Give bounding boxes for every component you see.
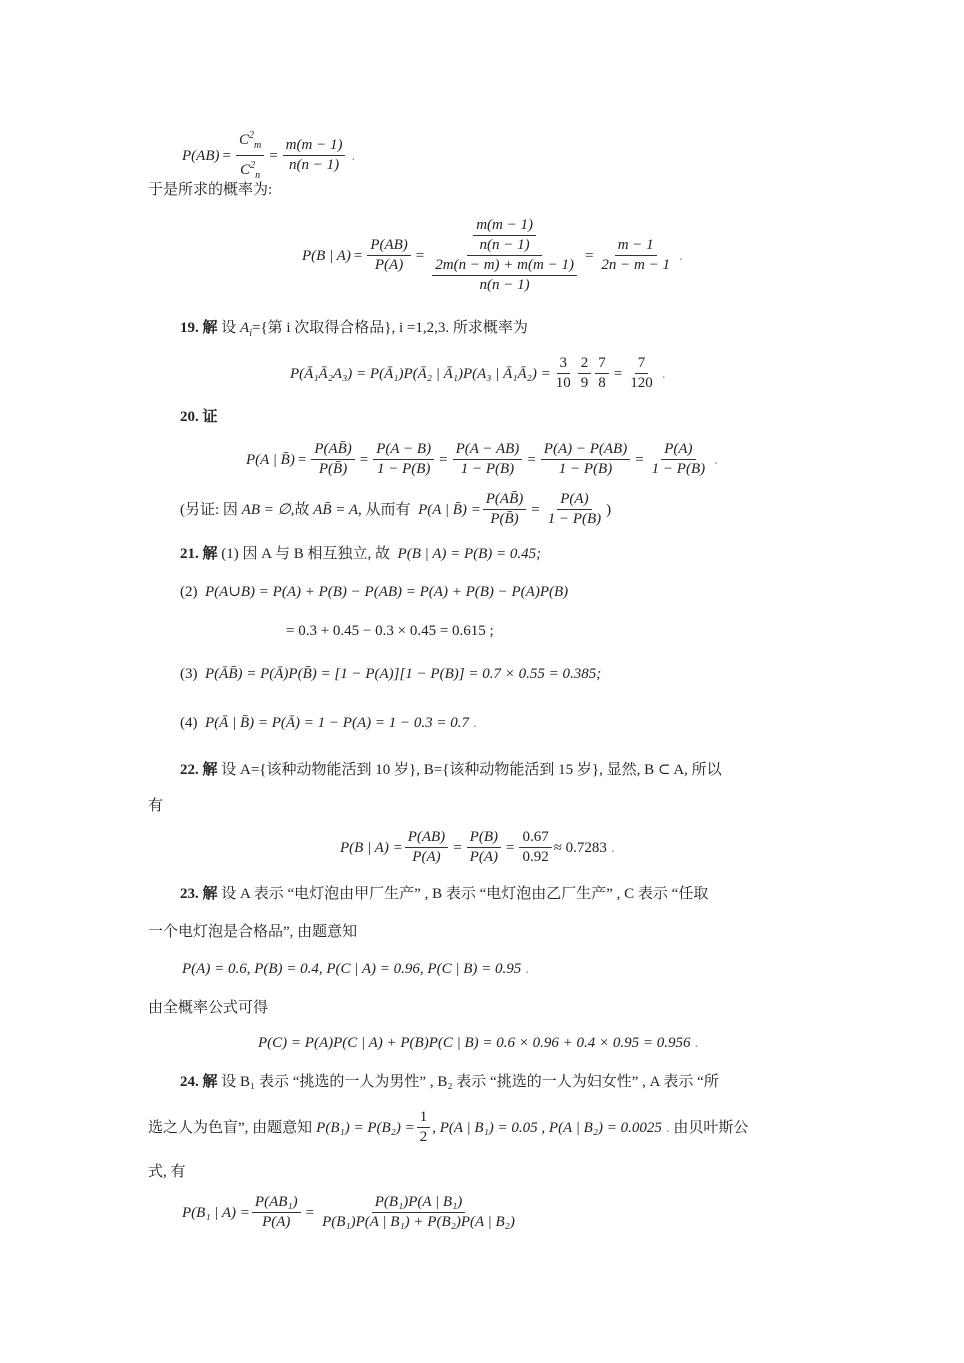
formula-pba: P(B | A) = P(AB) P(A) = m(m − 1)n(n − 1)… bbox=[302, 216, 683, 295]
fraction: P(AB̄)P(B̄) bbox=[311, 440, 354, 479]
denominator: P(B̄) bbox=[316, 460, 350, 479]
denominator: 0.92 bbox=[519, 848, 551, 867]
math: P(C) = P(A)P(C | A) + P(B)P(C | B) = 0.6… bbox=[258, 1035, 691, 1051]
solution-keyword: 解 bbox=[203, 886, 218, 902]
result: ≈ 0.7283 bbox=[554, 838, 607, 858]
math: P(Ā | B̄) = P(Ā) = 1 − P(A) = 1 − 0.3 = … bbox=[205, 715, 469, 731]
problem-21-part4: (4) P(Ā | B̄) = P(Ā) = 1 − P(A) = 1 − 0.… bbox=[180, 713, 477, 733]
numerator: 1 bbox=[417, 1108, 431, 1128]
denominator: 1 − P(B) bbox=[545, 510, 604, 529]
math: = 0.3 + 0.45 − 0.3 × 0.45 = 0.615 ; bbox=[286, 623, 494, 639]
numerator: P(B₁)P(A | B₁) bbox=[372, 1193, 466, 1213]
denominator: P(A) bbox=[259, 1213, 293, 1232]
fraction: 7120 bbox=[627, 354, 656, 393]
numerator: P(A − B) bbox=[373, 440, 434, 460]
lhs: P(A | B̄) = bbox=[418, 500, 481, 520]
numerator: P(AB̄) bbox=[311, 440, 354, 460]
problem-19-header: 19. 解 设 Ai={第 i 次取得合格品}, i =1,2,3. 所求概率为 bbox=[180, 318, 528, 344]
solution-keyword: 解 bbox=[203, 1074, 218, 1090]
denominator: 1 − P(B) bbox=[374, 460, 433, 479]
denominator: 1 − P(B) bbox=[649, 460, 708, 479]
problem-24-header: 24. 解 设 B₁ 表示 “挑选的一人为男性” , B₂ 表示 “挑选的一人为… bbox=[180, 1072, 719, 1092]
lhs: P(Ā₁Ā₂A₃) = P(Ā₁)P(Ā₂ | Ā₁)P(A₃ | Ā₁Ā₂) … bbox=[290, 364, 551, 384]
bayes-formula: P(B₁ | A) = P(AB₁)P(A)= P(B₁)P(A | B₁)P(… bbox=[182, 1193, 520, 1232]
problem-number: 23. bbox=[180, 886, 199, 902]
denominator: P(A) bbox=[467, 848, 501, 867]
fraction: P(A)1 − P(B) bbox=[545, 490, 604, 529]
math: P(A∪B) = P(A) + P(B) − P(AB) = P(A) + P(… bbox=[205, 584, 568, 600]
numerator: 2m(n − m) + m(m − 1) bbox=[432, 256, 577, 276]
denominator: P(A) bbox=[372, 256, 406, 275]
denominator: 2n − m − 1 bbox=[598, 256, 673, 275]
math: AB̄ = A bbox=[313, 500, 358, 520]
compound-fraction: m(m − 1)n(n − 1) 2m(n − m) + m(m − 1)n(n… bbox=[429, 216, 580, 295]
numerator: 3 bbox=[557, 354, 571, 374]
denominator: n(n − 1) bbox=[477, 236, 533, 255]
solution-keyword: 解 bbox=[203, 546, 218, 562]
problem-21-part2-cont: = 0.3 + 0.45 − 0.3 × 0.45 = 0.615 ; bbox=[286, 621, 494, 641]
fraction: 29 bbox=[578, 354, 592, 393]
numerator: 7 bbox=[595, 354, 609, 374]
numerator: P(A) bbox=[661, 440, 695, 460]
text: 因 A 与 B 相互独立, 故 bbox=[243, 546, 391, 562]
formula-22: P(B | A) = P(AB)P(A)= P(B)P(A)= 0.670.92… bbox=[340, 828, 615, 867]
problem-number: 24. bbox=[180, 1074, 199, 1090]
problem-number: 19. bbox=[180, 320, 199, 336]
solution-keyword: 解 bbox=[203, 320, 218, 336]
math: P(B | A) = P(B) = 0.45; bbox=[398, 546, 542, 562]
fraction: P(AB₁)P(A) bbox=[252, 1193, 301, 1232]
variable: A bbox=[240, 320, 249, 336]
numerator: P(AB̄) bbox=[483, 490, 526, 510]
fraction: P(B)P(A) bbox=[467, 828, 501, 867]
math: P(A) = 0.6, P(B) = 0.4, P(C | A) = 0.96,… bbox=[182, 961, 521, 977]
numerator: P(B) bbox=[467, 828, 501, 848]
problem-number: 20. bbox=[180, 409, 199, 425]
text: ) bbox=[606, 500, 611, 520]
fraction: m − 1 2n − m − 1 bbox=[598, 236, 673, 275]
math: P(ĀB̄) = P(Ā)P(B̄) = [1 − P(A)][1 − P(B)… bbox=[205, 666, 601, 682]
text: (另证: 因 bbox=[180, 500, 238, 520]
text: 选之人为色盲”, 由题意知 bbox=[148, 1118, 312, 1138]
denominator: P(B₁)P(A | B₁) + P(B₂)P(A | B₂) bbox=[319, 1213, 518, 1232]
part-label: (3) bbox=[180, 666, 198, 682]
problem-23-cont: 一个电灯泡是合格品”, 由题意知 bbox=[148, 922, 357, 942]
problem-24-cont: 选之人为色盲”, 由题意知 P(B₁) = P(B₂) = 12 , P(A |… bbox=[148, 1108, 748, 1147]
denominator: 8 bbox=[595, 374, 609, 393]
intro-text: 于是所求的概率为: bbox=[148, 180, 272, 200]
lhs: P(A | B̄) bbox=[246, 450, 295, 470]
formula-20: P(A | B̄)= P(AB̄)P(B̄)= P(A − B)1 − P(B)… bbox=[246, 440, 718, 479]
text: 由贝叶斯公 bbox=[673, 1118, 748, 1138]
total-probability-intro: 由全概率公式可得 bbox=[148, 998, 268, 1018]
pab-lhs: P(AB) bbox=[182, 146, 219, 166]
denominator: P(B̄) bbox=[487, 510, 521, 529]
fraction: 78 bbox=[595, 354, 609, 393]
numerator: P(A − AB) bbox=[453, 440, 523, 460]
problem-21-part3: (3) P(ĀB̄) = P(Ā)P(B̄) = [1 − P(A)][1 − … bbox=[180, 664, 601, 684]
part-label: (2) bbox=[180, 584, 198, 600]
fraction: 0.670.92 bbox=[519, 828, 551, 867]
numerator: 7 bbox=[635, 354, 649, 374]
formula-pab: P(AB) = C2m C2n = m(m − 1) n(n − 1) . bbox=[182, 126, 355, 185]
solution-keyword: 解 bbox=[203, 762, 218, 778]
fraction: 310 bbox=[553, 354, 574, 393]
pab-comb-fraction: C2m C2n bbox=[236, 126, 264, 185]
text: 设 bbox=[221, 320, 236, 336]
math: AB = ∅ bbox=[242, 500, 291, 520]
fraction: P(A − AB)1 − P(B) bbox=[453, 440, 523, 479]
numerator: P(A) bbox=[557, 490, 591, 510]
comb-c: C bbox=[239, 132, 249, 148]
problem-24-cont2: 式, 有 bbox=[148, 1162, 186, 1182]
fraction: 12 bbox=[417, 1108, 431, 1147]
denominator: 10 bbox=[553, 374, 574, 393]
denominator: 120 bbox=[627, 374, 656, 393]
problem-number: 21. bbox=[180, 546, 199, 562]
numerator: 2 bbox=[578, 354, 592, 374]
comb-c: C bbox=[240, 162, 250, 178]
pba-lhs: P(B | A) bbox=[302, 246, 351, 266]
fraction: P(AB) P(A) bbox=[367, 236, 410, 275]
problem-21-part2: (2) P(A∪B) = P(A) + P(B) − P(AB) = P(A) … bbox=[180, 582, 568, 602]
part-label: (1) bbox=[221, 546, 239, 562]
denominator: 1 − P(B) bbox=[556, 460, 615, 479]
fraction: P(A − B)1 − P(B) bbox=[373, 440, 434, 479]
text: ,故 bbox=[291, 500, 310, 520]
numerator: P(A) − P(AB) bbox=[541, 440, 630, 460]
numerator: 0.67 bbox=[519, 828, 551, 848]
text: 设 A={该种动物能活到 10 岁}, B={该种动物能活到 15 岁}, 显然… bbox=[221, 762, 721, 778]
numerator: P(AB) bbox=[367, 236, 410, 256]
pab-fraction: m(m − 1) n(n − 1) bbox=[283, 136, 346, 175]
lhs: P(B₁ | A) = bbox=[182, 1203, 250, 1223]
denominator: 9 bbox=[578, 374, 592, 393]
proof-keyword: 证 bbox=[203, 409, 218, 425]
numerator: P(AB₁) bbox=[252, 1193, 301, 1213]
denominator: 1 − P(B) bbox=[458, 460, 517, 479]
fraction: P(AB̄)P(B̄) bbox=[483, 490, 526, 529]
math: , P(A | B₁) = 0.05 , P(A | B₂) = 0.0025 bbox=[432, 1118, 662, 1138]
numerator: m(m − 1) bbox=[283, 136, 346, 156]
denominator: n(n − 1) bbox=[286, 156, 342, 175]
text: 设 B₁ 表示 “挑选的一人为男性” , B₂ 表示 “挑选的一人为妇女性” ,… bbox=[221, 1074, 719, 1090]
problem-23-header: 23. 解 设 A 表示 “电灯泡由甲厂生产” , B 表示 “电灯泡由乙厂生产… bbox=[180, 884, 708, 904]
text: 设 A 表示 “电灯泡由甲厂生产” , B 表示 “电灯泡由乙厂生产” , C … bbox=[221, 886, 708, 902]
text: , 从而有 bbox=[358, 500, 411, 520]
fraction: P(B₁)P(A | B₁)P(B₁)P(A | B₁) + P(B₂)P(A … bbox=[319, 1193, 518, 1232]
numerator: P(AB) bbox=[405, 828, 448, 848]
problem-22-cont: 有 bbox=[148, 796, 163, 816]
formula-19: P(Ā₁Ā₂A₃) = P(Ā₁)P(Ā₂ | Ā₁)P(A₃ | Ā₁Ā₂) … bbox=[290, 354, 665, 393]
problem-20-header: 20. 证 bbox=[180, 407, 218, 427]
part-label: (4) bbox=[180, 715, 198, 731]
denominator: P(A) bbox=[409, 848, 443, 867]
fraction: P(A) − P(AB)1 − P(B) bbox=[541, 440, 630, 479]
math: P(B₁) = P(B₂) = bbox=[316, 1118, 415, 1138]
total-probability-formula: P(C) = P(A)P(C | A) + P(B)P(C | B) = 0.6… bbox=[258, 1033, 698, 1053]
numerator: m − 1 bbox=[615, 236, 657, 256]
problem-number: 22. bbox=[180, 762, 199, 778]
comb-sub: m bbox=[254, 140, 261, 151]
denominator: 2 bbox=[417, 1128, 431, 1147]
denominator: n(n − 1) bbox=[477, 276, 533, 295]
problem-22-header: 22. 解 设 A={该种动物能活到 10 岁}, B={该种动物能活到 15 … bbox=[180, 760, 722, 780]
problem-23-given: P(A) = 0.6, P(B) = 0.4, P(C | A) = 0.96,… bbox=[182, 959, 529, 979]
text: ={第 i 次取得合格品}, i =1,2,3. 所求概率为 bbox=[252, 320, 528, 336]
problem-21-part1: 21. 解 (1) 因 A 与 B 相互独立, 故 P(B | A) = P(B… bbox=[180, 544, 541, 564]
alternative-proof: (另证: 因 AB = ∅ ,故 AB̄ = A , 从而有 P(A | B̄)… bbox=[180, 490, 611, 529]
fraction: P(AB)P(A) bbox=[405, 828, 448, 867]
fraction: P(A)1 − P(B) bbox=[649, 440, 708, 479]
numerator: m(m − 1) bbox=[473, 216, 536, 236]
lhs: P(B | A) = bbox=[340, 838, 403, 858]
